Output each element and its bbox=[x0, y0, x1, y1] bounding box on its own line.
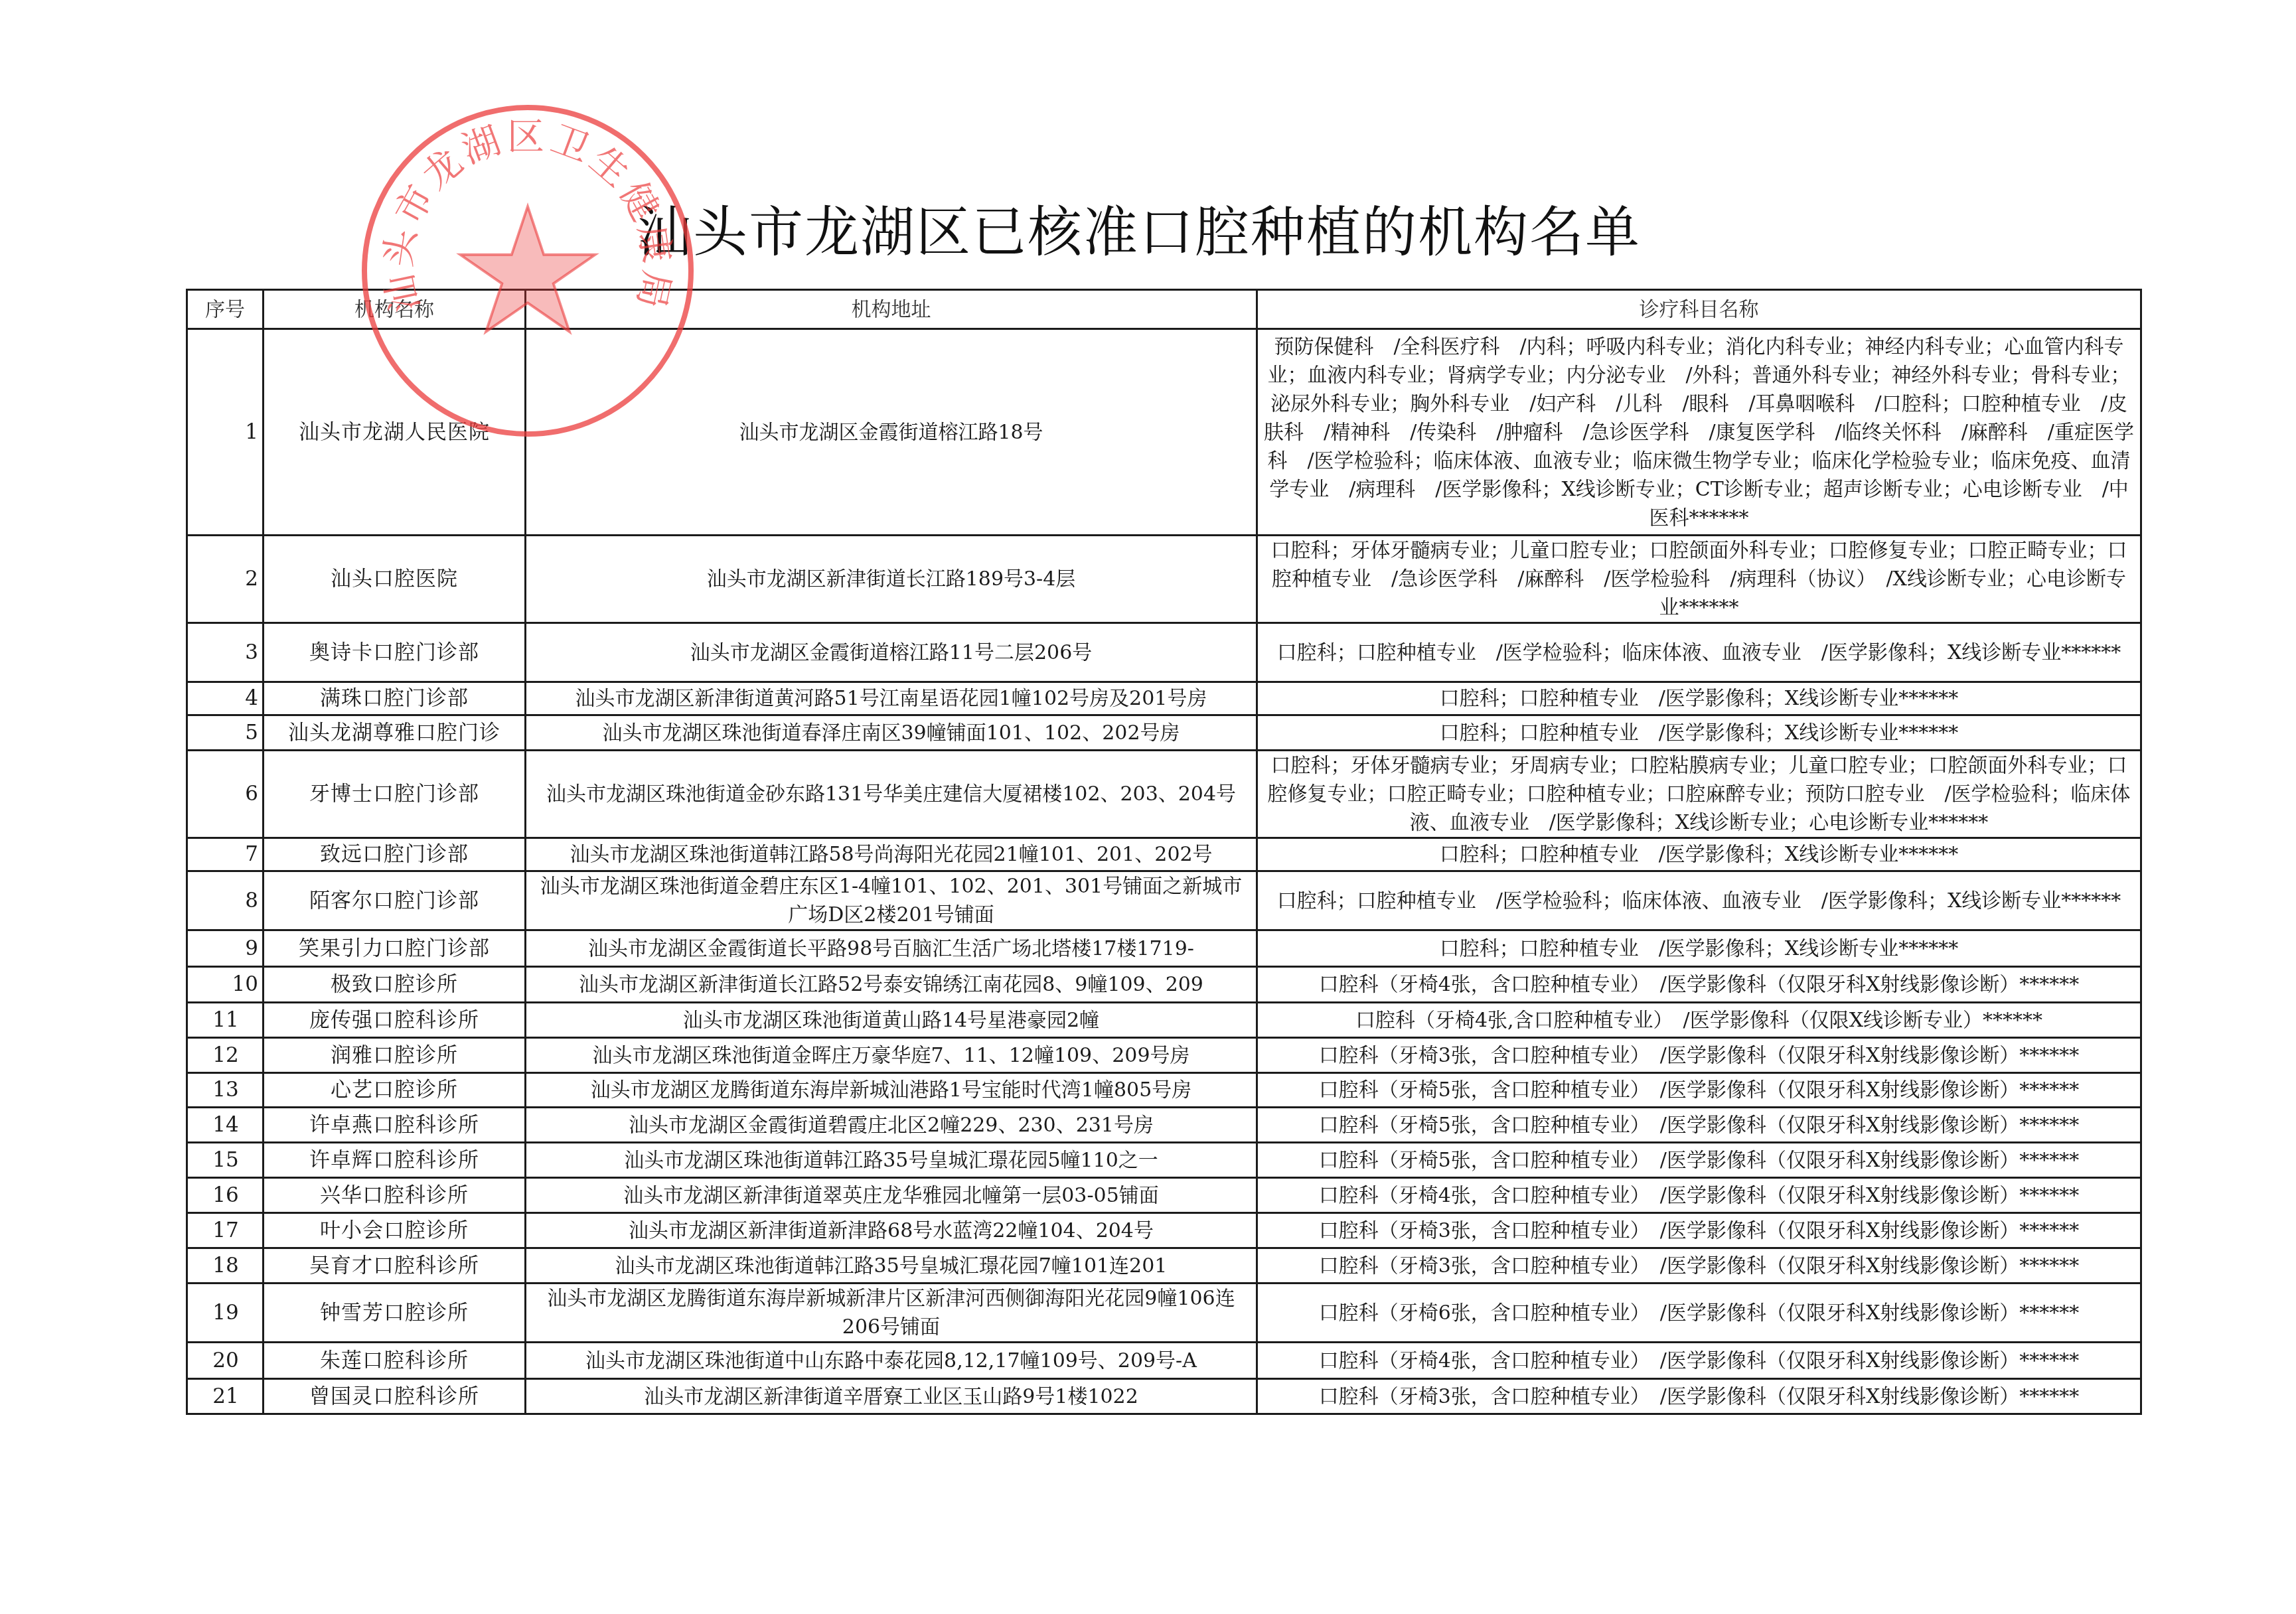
svg-text:汕头市龙湖区卫生健康局: 汕头市龙湖区卫生健康局 bbox=[377, 115, 679, 316]
cell-specialties: 口腔科；口腔种植专业 /医学影像科；X线诊断专业****** bbox=[1257, 838, 2141, 871]
cell-institution-name: 满珠口腔门诊部 bbox=[264, 682, 526, 715]
cell-institution-name: 汕头口腔医院 bbox=[264, 536, 526, 623]
cell-specialties: 口腔科；口腔种植专业 /医学影像科；X线诊断专业****** bbox=[1257, 930, 2141, 967]
cell-serial: 12 bbox=[187, 1038, 264, 1073]
cell-specialties: 口腔科；口腔种植专业 /医学检验科；临床体液、血液专业 /医学影像科；X线诊断专… bbox=[1257, 623, 2141, 682]
table-row: 17叶小会口腔诊所汕头市龙湖区新津街道新津路68号水蓝湾22幢104、204号口… bbox=[187, 1213, 2141, 1248]
cell-specialties: 口腔科（牙椅4张，含口腔种植专业） /医学影像科（仅限牙科X射线影像诊断）***… bbox=[1257, 1178, 2141, 1213]
header-specialties: 诊疗科目名称 bbox=[1257, 290, 2141, 329]
table-row: 2汕头口腔医院汕头市龙湖区新津街道长江路189号3-4层口腔科；牙体牙髓病专业；… bbox=[187, 536, 2141, 623]
table-row: 18吴育才口腔科诊所汕头市龙湖区珠池街道韩江路35号皇城汇璟花园7幢101连20… bbox=[187, 1248, 2141, 1284]
page-title: 汕头市龙湖区已核准口腔种植的机构名单 bbox=[637, 189, 1699, 267]
table-row: 5汕头龙湖尊雅口腔门诊汕头市龙湖区珠池街道春泽庄南区39幢铺面101、102、2… bbox=[187, 715, 2141, 751]
table-row: 13心艺口腔诊所汕头市龙湖区龙腾街道东海岸新城汕港路1号宝能时代湾1幢805号房… bbox=[187, 1073, 2141, 1108]
table-row: 16兴华口腔科诊所汕头市龙湖区新津街道翠英庄龙华雅园北幢第一层03-05铺面口腔… bbox=[187, 1178, 2141, 1213]
cell-institution-name: 兴华口腔科诊所 bbox=[264, 1178, 526, 1213]
table-row: 10极致口腔诊所汕头市龙湖区新津街道长江路52号泰安锦绣江南花园8、9幢109、… bbox=[187, 967, 2141, 1003]
cell-serial: 16 bbox=[187, 1178, 264, 1213]
cell-institution-name: 奥诗卡口腔门诊部 bbox=[264, 623, 526, 682]
header-name: 机构名称 bbox=[264, 290, 526, 329]
cell-specialties: 口腔科（牙椅4张,含口腔种植专业） /医学影像科（仅限X线诊断专业）****** bbox=[1257, 1003, 2141, 1038]
cell-specialties: 口腔科（牙椅5张，含口腔种植专业） /医学影像科（仅限牙科X射线影像诊断）***… bbox=[1257, 1073, 2141, 1108]
cell-institution-name: 许卓燕口腔科诊所 bbox=[264, 1108, 526, 1143]
cell-serial: 21 bbox=[187, 1379, 264, 1414]
cell-specialties: 预防保健科 /全科医疗科 /内科；呼吸内科专业；消化内科专业；神经内科专业；心血… bbox=[1257, 329, 2141, 536]
table-row: 12润雅口腔诊所汕头市龙湖区珠池街道金晖庄万豪华庭7、11、12幢109、209… bbox=[187, 1038, 2141, 1073]
cell-institution-name: 许卓辉口腔科诊所 bbox=[264, 1143, 526, 1178]
cell-specialties: 口腔科；口腔种植专业 /医学影像科；X线诊断专业****** bbox=[1257, 715, 2141, 751]
cell-specialties: 口腔科；口腔种植专业 /医学影像科；X线诊断专业****** bbox=[1257, 682, 2141, 715]
cell-address: 汕头市龙湖区龙腾街道东海岸新城汕港路1号宝能时代湾1幢805号房 bbox=[526, 1073, 1257, 1108]
cell-institution-name: 汕头市龙湖人民医院 bbox=[264, 329, 526, 536]
cell-specialties: 口腔科（牙椅3张，含口腔种植专业） /医学影像科（仅限牙科X射线影像诊断）***… bbox=[1257, 1213, 2141, 1248]
cell-serial: 10 bbox=[187, 967, 264, 1003]
cell-address: 汕头市龙湖区珠池街道韩江路35号皇城汇璟花园5幢110之一 bbox=[526, 1143, 1257, 1178]
cell-institution-name: 润雅口腔诊所 bbox=[264, 1038, 526, 1073]
table-row: 1汕头市龙湖人民医院汕头市龙湖区金霞街道榕江路18号预防保健科 /全科医疗科 /… bbox=[187, 329, 2141, 536]
cell-address: 汕头市龙湖区新津街道辛厝寮工业区玉山路9号1楼1022 bbox=[526, 1379, 1257, 1414]
cell-serial: 3 bbox=[187, 623, 264, 682]
cell-address: 汕头市龙湖区金霞街道榕江路18号 bbox=[526, 329, 1257, 536]
cell-specialties: 口腔科；口腔种植专业 /医学检验科；临床体液、血液专业 /医学影像科；X线诊断专… bbox=[1257, 871, 2141, 930]
cell-address: 汕头市龙湖区珠池街道金晖庄万豪华庭7、11、12幢109、209号房 bbox=[526, 1038, 1257, 1073]
cell-specialties: 口腔科（牙椅4张，含口腔种植专业） /医学影像科（仅限牙科X射线影像诊断）***… bbox=[1257, 1343, 2141, 1379]
cell-address: 汕头市龙湖区金霞街道碧霞庄北区2幢229、230、231号房 bbox=[526, 1108, 1257, 1143]
cell-address: 汕头市龙湖区珠池街道金碧庄东区1-4幢101、102、201、301号铺面之新城… bbox=[526, 871, 1257, 930]
header-serial: 序号 bbox=[187, 290, 264, 329]
cell-serial: 13 bbox=[187, 1073, 264, 1108]
table-row: 4满珠口腔门诊部汕头市龙湖区新津街道黄河路51号江南星语花园1幢102号房及20… bbox=[187, 682, 2141, 715]
table-header-row: 序号 机构名称 机构地址 诊疗科目名称 bbox=[187, 290, 2141, 329]
cell-institution-name: 叶小会口腔诊所 bbox=[264, 1213, 526, 1248]
cell-address: 汕头市龙湖区新津街道长江路52号泰安锦绣江南花园8、9幢109、209 bbox=[526, 967, 1257, 1003]
cell-serial: 1 bbox=[187, 329, 264, 536]
cell-serial: 15 bbox=[187, 1143, 264, 1178]
cell-serial: 14 bbox=[187, 1108, 264, 1143]
cell-address: 汕头市龙湖区珠池街道中山东路中泰花园8,12,17幢109号、209号-A bbox=[526, 1343, 1257, 1379]
cell-institution-name: 极致口腔诊所 bbox=[264, 967, 526, 1003]
header-address: 机构地址 bbox=[526, 290, 1257, 329]
cell-serial: 6 bbox=[187, 751, 264, 838]
cell-serial: 2 bbox=[187, 536, 264, 623]
cell-specialties: 口腔科（牙椅6张，含口腔种植专业） /医学影像科（仅限牙科X射线影像诊断）***… bbox=[1257, 1284, 2141, 1343]
cell-address: 汕头市龙湖区新津街道黄河路51号江南星语花园1幢102号房及201号房 bbox=[526, 682, 1257, 715]
cell-specialties: 口腔科（牙椅3张，含口腔种植专业） /医学影像科（仅限牙科X射线影像诊断）***… bbox=[1257, 1038, 2141, 1073]
cell-serial: 5 bbox=[187, 715, 264, 751]
cell-address: 汕头市龙湖区珠池街道金砂东路131号华美庄建信大厦裙楼102、203、204号 bbox=[526, 751, 1257, 838]
cell-specialties: 口腔科（牙椅3张，含口腔种植专业） /医学影像科（仅限牙科X射线影像诊断）***… bbox=[1257, 1248, 2141, 1284]
table-row: 19钟雪芳口腔诊所汕头市龙湖区龙腾街道东海岸新城新津片区新津河西侧御海阳光花园9… bbox=[187, 1284, 2141, 1343]
cell-serial: 11 bbox=[187, 1003, 264, 1038]
table-row: 20朱莲口腔科诊所汕头市龙湖区珠池街道中山东路中泰花园8,12,17幢109号、… bbox=[187, 1343, 2141, 1379]
cell-specialties: 口腔科；牙体牙髓病专业；牙周病专业；口腔粘膜病专业；儿童口腔专业；口腔颌面外科专… bbox=[1257, 751, 2141, 838]
cell-serial: 4 bbox=[187, 682, 264, 715]
cell-institution-name: 庞传强口腔科诊所 bbox=[264, 1003, 526, 1038]
institution-table: 序号 机构名称 机构地址 诊疗科目名称 1汕头市龙湖人民医院汕头市龙湖区金霞街道… bbox=[186, 289, 2142, 1415]
cell-address: 汕头市龙湖区珠池街道春泽庄南区39幢铺面101、102、202号房 bbox=[526, 715, 1257, 751]
cell-serial: 19 bbox=[187, 1284, 264, 1343]
cell-institution-name: 笑果引力口腔门诊部 bbox=[264, 930, 526, 967]
cell-serial: 9 bbox=[187, 930, 264, 967]
cell-serial: 20 bbox=[187, 1343, 264, 1379]
cell-address: 汕头市龙湖区新津街道长江路189号3-4层 bbox=[526, 536, 1257, 623]
table-row: 3奥诗卡口腔门诊部汕头市龙湖区金霞街道榕江路11号二层206号口腔科；口腔种植专… bbox=[187, 623, 2141, 682]
cell-institution-name: 致远口腔门诊部 bbox=[264, 838, 526, 871]
cell-serial: 7 bbox=[187, 838, 264, 871]
table-row: 7致远口腔门诊部汕头市龙湖区珠池街道韩江路58号尚海阳光花园21幢101、201… bbox=[187, 838, 2141, 871]
cell-address: 汕头市龙湖区珠池街道韩江路58号尚海阳光花园21幢101、201、202号 bbox=[526, 838, 1257, 871]
cell-address: 汕头市龙湖区龙腾街道东海岸新城新津片区新津河西侧御海阳光花园9幢106连206号… bbox=[526, 1284, 1257, 1343]
table-row: 8陌客尔口腔门诊部汕头市龙湖区珠池街道金碧庄东区1-4幢101、102、201、… bbox=[187, 871, 2141, 930]
cell-institution-name: 吴育才口腔科诊所 bbox=[264, 1248, 526, 1284]
table-row: 6牙博士口腔门诊部汕头市龙湖区珠池街道金砂东路131号华美庄建信大厦裙楼102、… bbox=[187, 751, 2141, 838]
cell-address: 汕头市龙湖区新津街道翠英庄龙华雅园北幢第一层03-05铺面 bbox=[526, 1178, 1257, 1213]
seal-text: 汕头市龙湖区卫生健康局 bbox=[377, 115, 679, 316]
cell-address: 汕头市龙湖区金霞街道长平路98号百脑汇生活广场北塔楼17楼1719- bbox=[526, 930, 1257, 967]
cell-serial: 18 bbox=[187, 1248, 264, 1284]
cell-institution-name: 曾国灵口腔科诊所 bbox=[264, 1379, 526, 1414]
cell-address: 汕头市龙湖区珠池街道黄山路14号星港豪园2幢 bbox=[526, 1003, 1257, 1038]
cell-serial: 17 bbox=[187, 1213, 264, 1248]
table-row: 21曾国灵口腔科诊所汕头市龙湖区新津街道辛厝寮工业区玉山路9号1楼1022口腔科… bbox=[187, 1379, 2141, 1414]
cell-address: 汕头市龙湖区金霞街道榕江路11号二层206号 bbox=[526, 623, 1257, 682]
table-row: 9笑果引力口腔门诊部汕头市龙湖区金霞街道长平路98号百脑汇生活广场北塔楼17楼1… bbox=[187, 930, 2141, 967]
cell-institution-name: 陌客尔口腔门诊部 bbox=[264, 871, 526, 930]
cell-institution-name: 心艺口腔诊所 bbox=[264, 1073, 526, 1108]
cell-specialties: 口腔科（牙椅5张，含口腔种植专业） /医学影像科（仅限牙科X射线影像诊断）***… bbox=[1257, 1143, 2141, 1178]
table-row: 14许卓燕口腔科诊所汕头市龙湖区金霞街道碧霞庄北区2幢229、230、231号房… bbox=[187, 1108, 2141, 1143]
cell-address: 汕头市龙湖区珠池街道韩江路35号皇城汇璟花园7幢101连201 bbox=[526, 1248, 1257, 1284]
cell-serial: 8 bbox=[187, 871, 264, 930]
table-row: 15许卓辉口腔科诊所汕头市龙湖区珠池街道韩江路35号皇城汇璟花园5幢110之一口… bbox=[187, 1143, 2141, 1178]
cell-institution-name: 牙博士口腔门诊部 bbox=[264, 751, 526, 838]
cell-institution-name: 钟雪芳口腔诊所 bbox=[264, 1284, 526, 1343]
cell-specialties: 口腔科（牙椅4张，含口腔种植专业） /医学影像科（仅限牙科X射线影像诊断）***… bbox=[1257, 967, 2141, 1003]
cell-address: 汕头市龙湖区新津街道新津路68号水蓝湾22幢104、204号 bbox=[526, 1213, 1257, 1248]
cell-institution-name: 朱莲口腔科诊所 bbox=[264, 1343, 526, 1379]
cell-specialties: 口腔科（牙椅3张，含口腔种植专业） /医学影像科（仅限牙科X射线影像诊断）***… bbox=[1257, 1379, 2141, 1414]
cell-institution-name: 汕头龙湖尊雅口腔门诊 bbox=[264, 715, 526, 751]
table-row: 11庞传强口腔科诊所汕头市龙湖区珠池街道黄山路14号星港豪园2幢口腔科（牙椅4张… bbox=[187, 1003, 2141, 1038]
cell-specialties: 口腔科；牙体牙髓病专业；儿童口腔专业；口腔颌面外科专业；口腔修复专业；口腔正畸专… bbox=[1257, 536, 2141, 623]
cell-specialties: 口腔科（牙椅5张，含口腔种植专业） /医学影像科（仅限牙科X射线影像诊断）***… bbox=[1257, 1108, 2141, 1143]
